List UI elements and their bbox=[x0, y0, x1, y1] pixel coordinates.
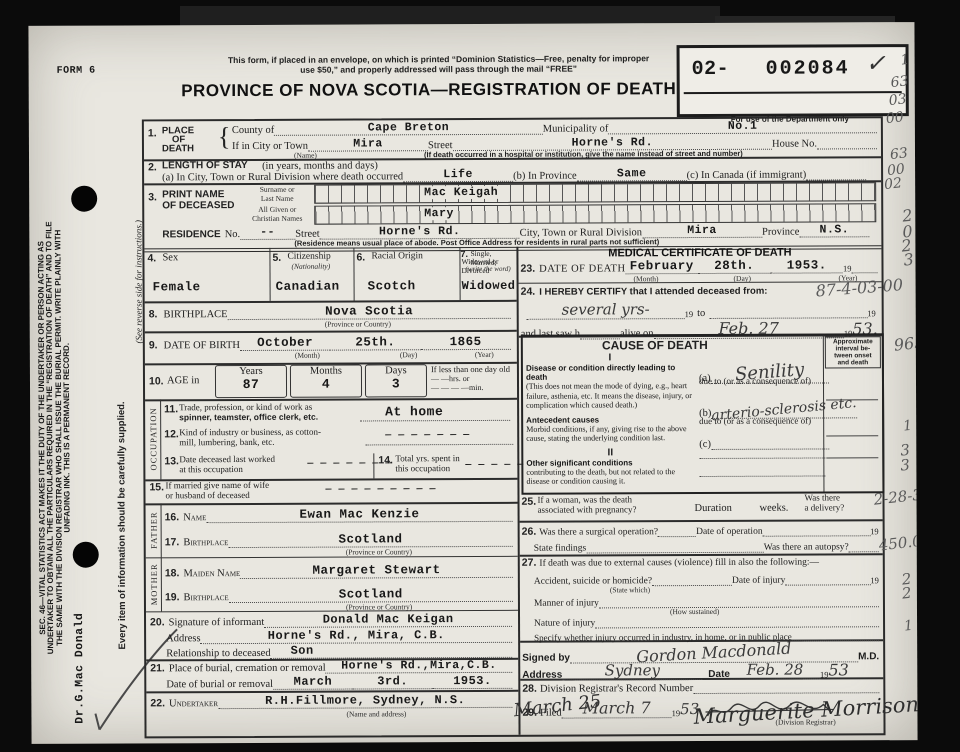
residence-city-value: Mira bbox=[687, 224, 717, 237]
father-vertical-label: FATHER bbox=[148, 512, 158, 550]
section-mother: MOTHER 18. Maiden Name Margaret Stewart … bbox=[146, 556, 518, 613]
section-undertaker: 22. Undertaker R.H.Fillmore, Sydney, N.S… bbox=[146, 690, 518, 737]
sex-label: Sex bbox=[162, 252, 178, 263]
age-days-label: Days bbox=[366, 365, 426, 376]
last-worked-label: Date deceased last worked bbox=[179, 454, 309, 465]
burial-date-year: 1953. bbox=[453, 674, 492, 688]
citizenship-sub: (Nationality) bbox=[291, 262, 330, 271]
print-name-label: OF DECEASED bbox=[162, 200, 234, 211]
due-to-label: due to (or as a consequence of) bbox=[699, 376, 811, 386]
box-divider bbox=[684, 91, 902, 94]
field-number: 24. bbox=[521, 286, 536, 298]
preprinted-19: 19 bbox=[672, 708, 681, 718]
residence-province-label: Province bbox=[762, 227, 799, 238]
undertaker-sub: (Name and address) bbox=[346, 709, 406, 718]
residence-label: RESIDENCE bbox=[162, 229, 220, 240]
marital-sub: (write the word) bbox=[465, 265, 510, 273]
relationship-value: Son bbox=[291, 644, 314, 658]
stay-province-value: Same bbox=[617, 167, 647, 180]
field-number: 3. bbox=[148, 191, 157, 203]
field-number: 22. bbox=[150, 697, 165, 709]
age-years-label: Years bbox=[216, 366, 286, 377]
autopsy-label: Was there an autopsy? bbox=[764, 542, 849, 552]
street-value: Horne's Rd. bbox=[572, 136, 653, 149]
manner-label: Manner of injury bbox=[534, 598, 599, 608]
brace-glyph: { bbox=[218, 124, 231, 150]
field-number: 14. bbox=[378, 454, 393, 466]
main-form-box: 1. PLACE OF DEATH { County of Cape Breto… bbox=[142, 116, 886, 738]
section-age: 10. AGE in Years 87 Months 4 Days 3 If l… bbox=[145, 362, 517, 402]
dob-day-sub: (Day) bbox=[400, 350, 418, 359]
certify-label: I HEREBY CERTIFY that I attended decease… bbox=[539, 286, 767, 298]
section-father: FATHER 16. Name Ewan Mac Kenzie 17. Birt… bbox=[146, 502, 518, 559]
field-number: 27. bbox=[522, 557, 537, 569]
dob-month-sub: (Month) bbox=[295, 351, 320, 360]
death-date-month: February bbox=[630, 259, 694, 273]
dob-label: DATE OF BIRTH bbox=[164, 340, 240, 351]
to-label: to bbox=[697, 308, 705, 319]
informant-address-value: Horne's Rd., Mira, C.B. bbox=[268, 628, 445, 643]
surname-label: Surname or bbox=[244, 185, 310, 194]
mother-vertical-label: MOTHER bbox=[148, 563, 158, 605]
surname-grid bbox=[314, 182, 876, 203]
citizenship-label: Citizenship bbox=[287, 252, 330, 262]
stay-province-label: (b) In Province bbox=[513, 171, 577, 182]
industry-label: mill, lumbering, bank, etc. bbox=[179, 436, 364, 447]
mother-maiden-label: Maiden Name bbox=[183, 568, 240, 579]
weeks-label: weeks. bbox=[760, 503, 789, 514]
field-number: 18. bbox=[165, 567, 180, 579]
medical-certificate-column: MEDICAL CERTIFICATE OF DEATH 23. DATE OF… bbox=[518, 245, 883, 735]
scanned-death-certificate: FORM 6 SEC. 46—VITAL STATISTICS ACT MAKE… bbox=[0, 0, 960, 752]
margin-number: 1 bbox=[902, 418, 913, 435]
field-number: 17. bbox=[165, 536, 180, 548]
age-years-value: 87 bbox=[216, 377, 286, 392]
duration-label: Duration bbox=[695, 503, 732, 514]
checkmark-icon: ✓ bbox=[866, 49, 886, 77]
state-which-sub: (State which) bbox=[610, 585, 650, 594]
field-number: 16. bbox=[165, 511, 180, 523]
antecedent-note: Morbid conditions, if any, giving rise t… bbox=[526, 424, 694, 443]
spouse-value: — — — — — — — — — bbox=[325, 484, 436, 495]
father-name-label: Name bbox=[183, 512, 206, 523]
field-number: 25. bbox=[521, 496, 536, 508]
informant-address-label: Address bbox=[166, 633, 200, 644]
margin-number: 3 bbox=[899, 456, 910, 475]
death-date-day: 28th. bbox=[714, 259, 754, 273]
residence-no-label: No. bbox=[225, 229, 241, 240]
every-item-note: Every item of information should be care… bbox=[116, 358, 129, 650]
informant-label: Signature of informant bbox=[169, 617, 265, 628]
municipality-value: No.1 bbox=[728, 120, 758, 133]
father-name-value: Ewan Mac Kenzie bbox=[299, 507, 419, 522]
nature-label: Nature of injury bbox=[534, 618, 595, 628]
age-months-value: 4 bbox=[291, 376, 361, 391]
doctor-name-typed: Dr.G.Mac Donald bbox=[73, 560, 90, 724]
field-number: 13. bbox=[164, 455, 179, 467]
birthplace-label: BIRTHPLACE bbox=[163, 309, 227, 320]
birthplace-sub: (Province or Country) bbox=[325, 319, 391, 328]
margin-annotation: 450.0 bbox=[878, 532, 918, 555]
field-number: 12. bbox=[164, 428, 179, 440]
burial-date-label: Date of burial or removal bbox=[166, 679, 273, 690]
section-sex-citizenship: 4. Sex Female 5. Citizenship (Nationalit… bbox=[144, 247, 516, 304]
county-value: Cape Breton bbox=[368, 121, 449, 134]
occupation-label: spinner, teamster, office clerk, etc. bbox=[179, 411, 359, 422]
given-name-label: Christian Names bbox=[244, 214, 310, 223]
relationship-label: Relationship to deceased bbox=[166, 648, 270, 659]
injury-date-label: Date of injury bbox=[732, 576, 785, 586]
print-name-label: PRINT NAME bbox=[162, 189, 224, 200]
burial-date-day: 3rd. bbox=[377, 674, 408, 688]
total-years-value: — — — — — bbox=[465, 460, 524, 471]
father-birthplace-value: Scotland bbox=[338, 532, 402, 546]
signed-date-value: Feb. 28 bbox=[747, 661, 804, 679]
pregnancy-label: If a woman, was the death bbox=[537, 494, 667, 505]
margin-number: 03 bbox=[888, 91, 907, 109]
section-print-name: 3. PRINT NAME OF DECEASED Surname or Las… bbox=[144, 180, 881, 226]
cause-desc-note: (This does not mean the mode of dying, e… bbox=[526, 381, 694, 409]
dob-year: 1865 bbox=[450, 335, 482, 349]
age-hrs-label: — —hrs. or bbox=[431, 374, 515, 383]
age-label: AGE in bbox=[167, 375, 199, 386]
age-months-label: Months bbox=[291, 365, 361, 376]
field-number: 11. bbox=[164, 403, 178, 415]
preprinted-19: 19 bbox=[870, 526, 879, 536]
dob-year-sub: (Year) bbox=[475, 350, 494, 359]
field-number: 19. bbox=[165, 591, 180, 603]
surname-label: Last Name bbox=[244, 194, 310, 203]
interval-header: and death bbox=[826, 359, 880, 366]
margin-number: 1 bbox=[900, 52, 911, 69]
stay-city-value: Life bbox=[443, 168, 473, 181]
dob-month: October bbox=[257, 336, 313, 350]
citizenship-value: Canadian bbox=[276, 280, 340, 294]
margin-number: 1 bbox=[903, 618, 914, 635]
margin-number: 63 bbox=[889, 145, 908, 163]
industry-value: — — — — — — — bbox=[385, 430, 470, 441]
preprinted-19: 19 bbox=[843, 263, 852, 273]
age-days-value: 3 bbox=[366, 376, 426, 391]
margin-number: 63 bbox=[890, 73, 909, 91]
county-label: County of bbox=[232, 125, 274, 136]
occupation-vertical-label: OCCUPATION bbox=[148, 408, 158, 471]
field-number: 10. bbox=[149, 375, 164, 387]
father-birthplace-sub: (Province or Country) bbox=[346, 547, 412, 556]
section-informant: 20. Signature of informant Donald Mac Ke… bbox=[146, 610, 518, 662]
preprinted-19: 19 bbox=[685, 309, 694, 319]
spouse-label: If married give name of wife bbox=[165, 480, 315, 491]
given-name-value: Mary bbox=[422, 207, 456, 220]
field-number: 1. bbox=[148, 127, 157, 139]
field-number: 15. bbox=[149, 481, 164, 493]
residence-no-value: -- bbox=[260, 226, 275, 239]
mother-birthplace-value: Scotland bbox=[339, 587, 403, 601]
attended-from-value: several yrs- bbox=[562, 300, 650, 318]
burial-place-label: Place of burial, cremation or removal bbox=[169, 663, 326, 675]
mother-maiden-value: Margaret Stewart bbox=[313, 563, 441, 578]
cause-desc: Disease or condition directly leading to… bbox=[526, 363, 694, 382]
punch-hole bbox=[71, 186, 97, 212]
findings-label: State findings bbox=[534, 544, 587, 554]
place-label: DEATH bbox=[162, 143, 194, 154]
roman-one: I bbox=[526, 352, 694, 364]
registration-number: 002084 bbox=[766, 57, 850, 80]
section-date-of-birth: 9. DATE OF BIRTH October 25th. 1865 (Mon… bbox=[145, 330, 517, 366]
margin-number: 3 bbox=[902, 250, 914, 270]
cause-c-label: (c) bbox=[699, 439, 711, 450]
field-number: 4. bbox=[147, 252, 156, 264]
given-name-label: All Given or bbox=[244, 205, 310, 214]
age-min-label: — — — —min. bbox=[431, 383, 515, 392]
section-occupation: OCCUPATION 11. Trade, profession, or kin… bbox=[145, 398, 517, 482]
margin-number: 02 bbox=[883, 175, 902, 193]
form-number: FORM 6 bbox=[57, 66, 96, 77]
racial-origin-value: Scotch bbox=[368, 279, 416, 293]
death-date-label: DATE OF DEATH bbox=[539, 263, 625, 274]
field-number: 6. bbox=[356, 251, 365, 263]
preprinted-19: 19 bbox=[870, 575, 879, 585]
stay-canada-label: (c) In Canada (if immigrant) bbox=[687, 170, 807, 182]
section-birthplace: 8. BIRTHPLACE Nova Scotia (Province or C… bbox=[145, 300, 517, 334]
field-number: 5. bbox=[272, 252, 281, 264]
death-certificate-paper: FORM 6 SEC. 46—VITAL STATISTICS ACT MAKE… bbox=[28, 22, 917, 744]
racial-origin-label: Racial Origin bbox=[371, 251, 422, 261]
burial-place-value: Horne's Rd.,Mira,C.B. bbox=[341, 659, 496, 673]
field-number: 20. bbox=[150, 616, 165, 628]
informant-value: Donald Mac Keigan bbox=[323, 612, 454, 627]
delivery-label: a delivery? bbox=[805, 502, 851, 512]
given-name-grid bbox=[314, 203, 876, 224]
field-number: 8. bbox=[149, 308, 158, 320]
birthplace-value: Nova Scotia bbox=[325, 304, 413, 318]
roman-two: II bbox=[526, 447, 694, 459]
death-date-year: 1953. bbox=[787, 258, 827, 272]
field-number: 23. bbox=[520, 263, 535, 275]
last-worked-label: at this occupation bbox=[179, 464, 309, 475]
field-number: 9. bbox=[149, 339, 158, 351]
age-less-label: If less than one day old bbox=[431, 364, 515, 374]
field-number: 21. bbox=[150, 662, 165, 674]
operation-label: Was there a surgical operation? bbox=[539, 527, 658, 538]
cause-of-death-box: CAUSE OF DEATH I Disease or condition di… bbox=[521, 333, 885, 495]
sex-value: Female bbox=[153, 280, 201, 294]
due-to-label: due to (or as a consequence of) bbox=[699, 416, 811, 426]
field-number: 2. bbox=[148, 161, 157, 173]
father-birthplace-label: Birthplace bbox=[183, 537, 228, 548]
burial-date-month: March bbox=[294, 675, 333, 689]
form-title: PROVINCE OF NOVA SCOTIA—REGISTRATION OF … bbox=[139, 79, 719, 102]
pregnancy-label: associated with pregnancy? bbox=[538, 504, 668, 515]
operation-date-label: Date of operation bbox=[696, 527, 763, 537]
registration-number-box: 02- 002084 ✓ bbox=[677, 44, 909, 117]
margin-number: 2 bbox=[901, 584, 912, 603]
field-number: 26. bbox=[522, 526, 537, 538]
margin-number: 963 bbox=[893, 332, 918, 354]
registration-number-prefix: 02- bbox=[692, 58, 730, 81]
house-no-label: House No. bbox=[772, 138, 817, 149]
mail-note-line2: use $50,” and properly addressed will pa… bbox=[179, 63, 699, 75]
spouse-label: or husband of deceased bbox=[165, 490, 315, 501]
marital-value: Widowed bbox=[462, 279, 516, 293]
occupation-value: At home bbox=[385, 404, 443, 419]
mother-birthplace-label: Birthplace bbox=[184, 592, 229, 603]
undertaker-label: Undertaker bbox=[169, 698, 218, 709]
physician-address-value: Sydney bbox=[605, 661, 660, 679]
margin-annotation: 2-28-3 bbox=[873, 486, 918, 509]
dob-day: 25th. bbox=[355, 335, 395, 349]
residence-street-value: Horne's Rd. bbox=[379, 225, 460, 238]
external-causes-label: If death was due to external causes (vio… bbox=[539, 557, 819, 568]
other-conditions-note: contributing to the death, but not relat… bbox=[526, 467, 694, 486]
residence-province-value: N.S. bbox=[820, 223, 850, 236]
surname-value: Mac Keigah bbox=[422, 186, 500, 199]
section-place-of-death: 1. PLACE OF DEATH { County of Cape Breto… bbox=[144, 118, 881, 161]
field-number: 28. bbox=[522, 683, 537, 695]
delivery-label: Was there bbox=[804, 492, 850, 502]
undertaker-value: R.H.Fillmore, Sydney, N.S. bbox=[265, 693, 465, 708]
section-burial: 21. Place of burial, cremation or remova… bbox=[146, 658, 518, 694]
margin-number: 00 bbox=[885, 109, 904, 127]
preprinted-19: 19 bbox=[867, 308, 876, 318]
municipality-label: Municipality of bbox=[543, 123, 609, 134]
record-number-label: Division Registrar's Record Number bbox=[540, 683, 693, 695]
city-value: Mira bbox=[353, 137, 383, 150]
